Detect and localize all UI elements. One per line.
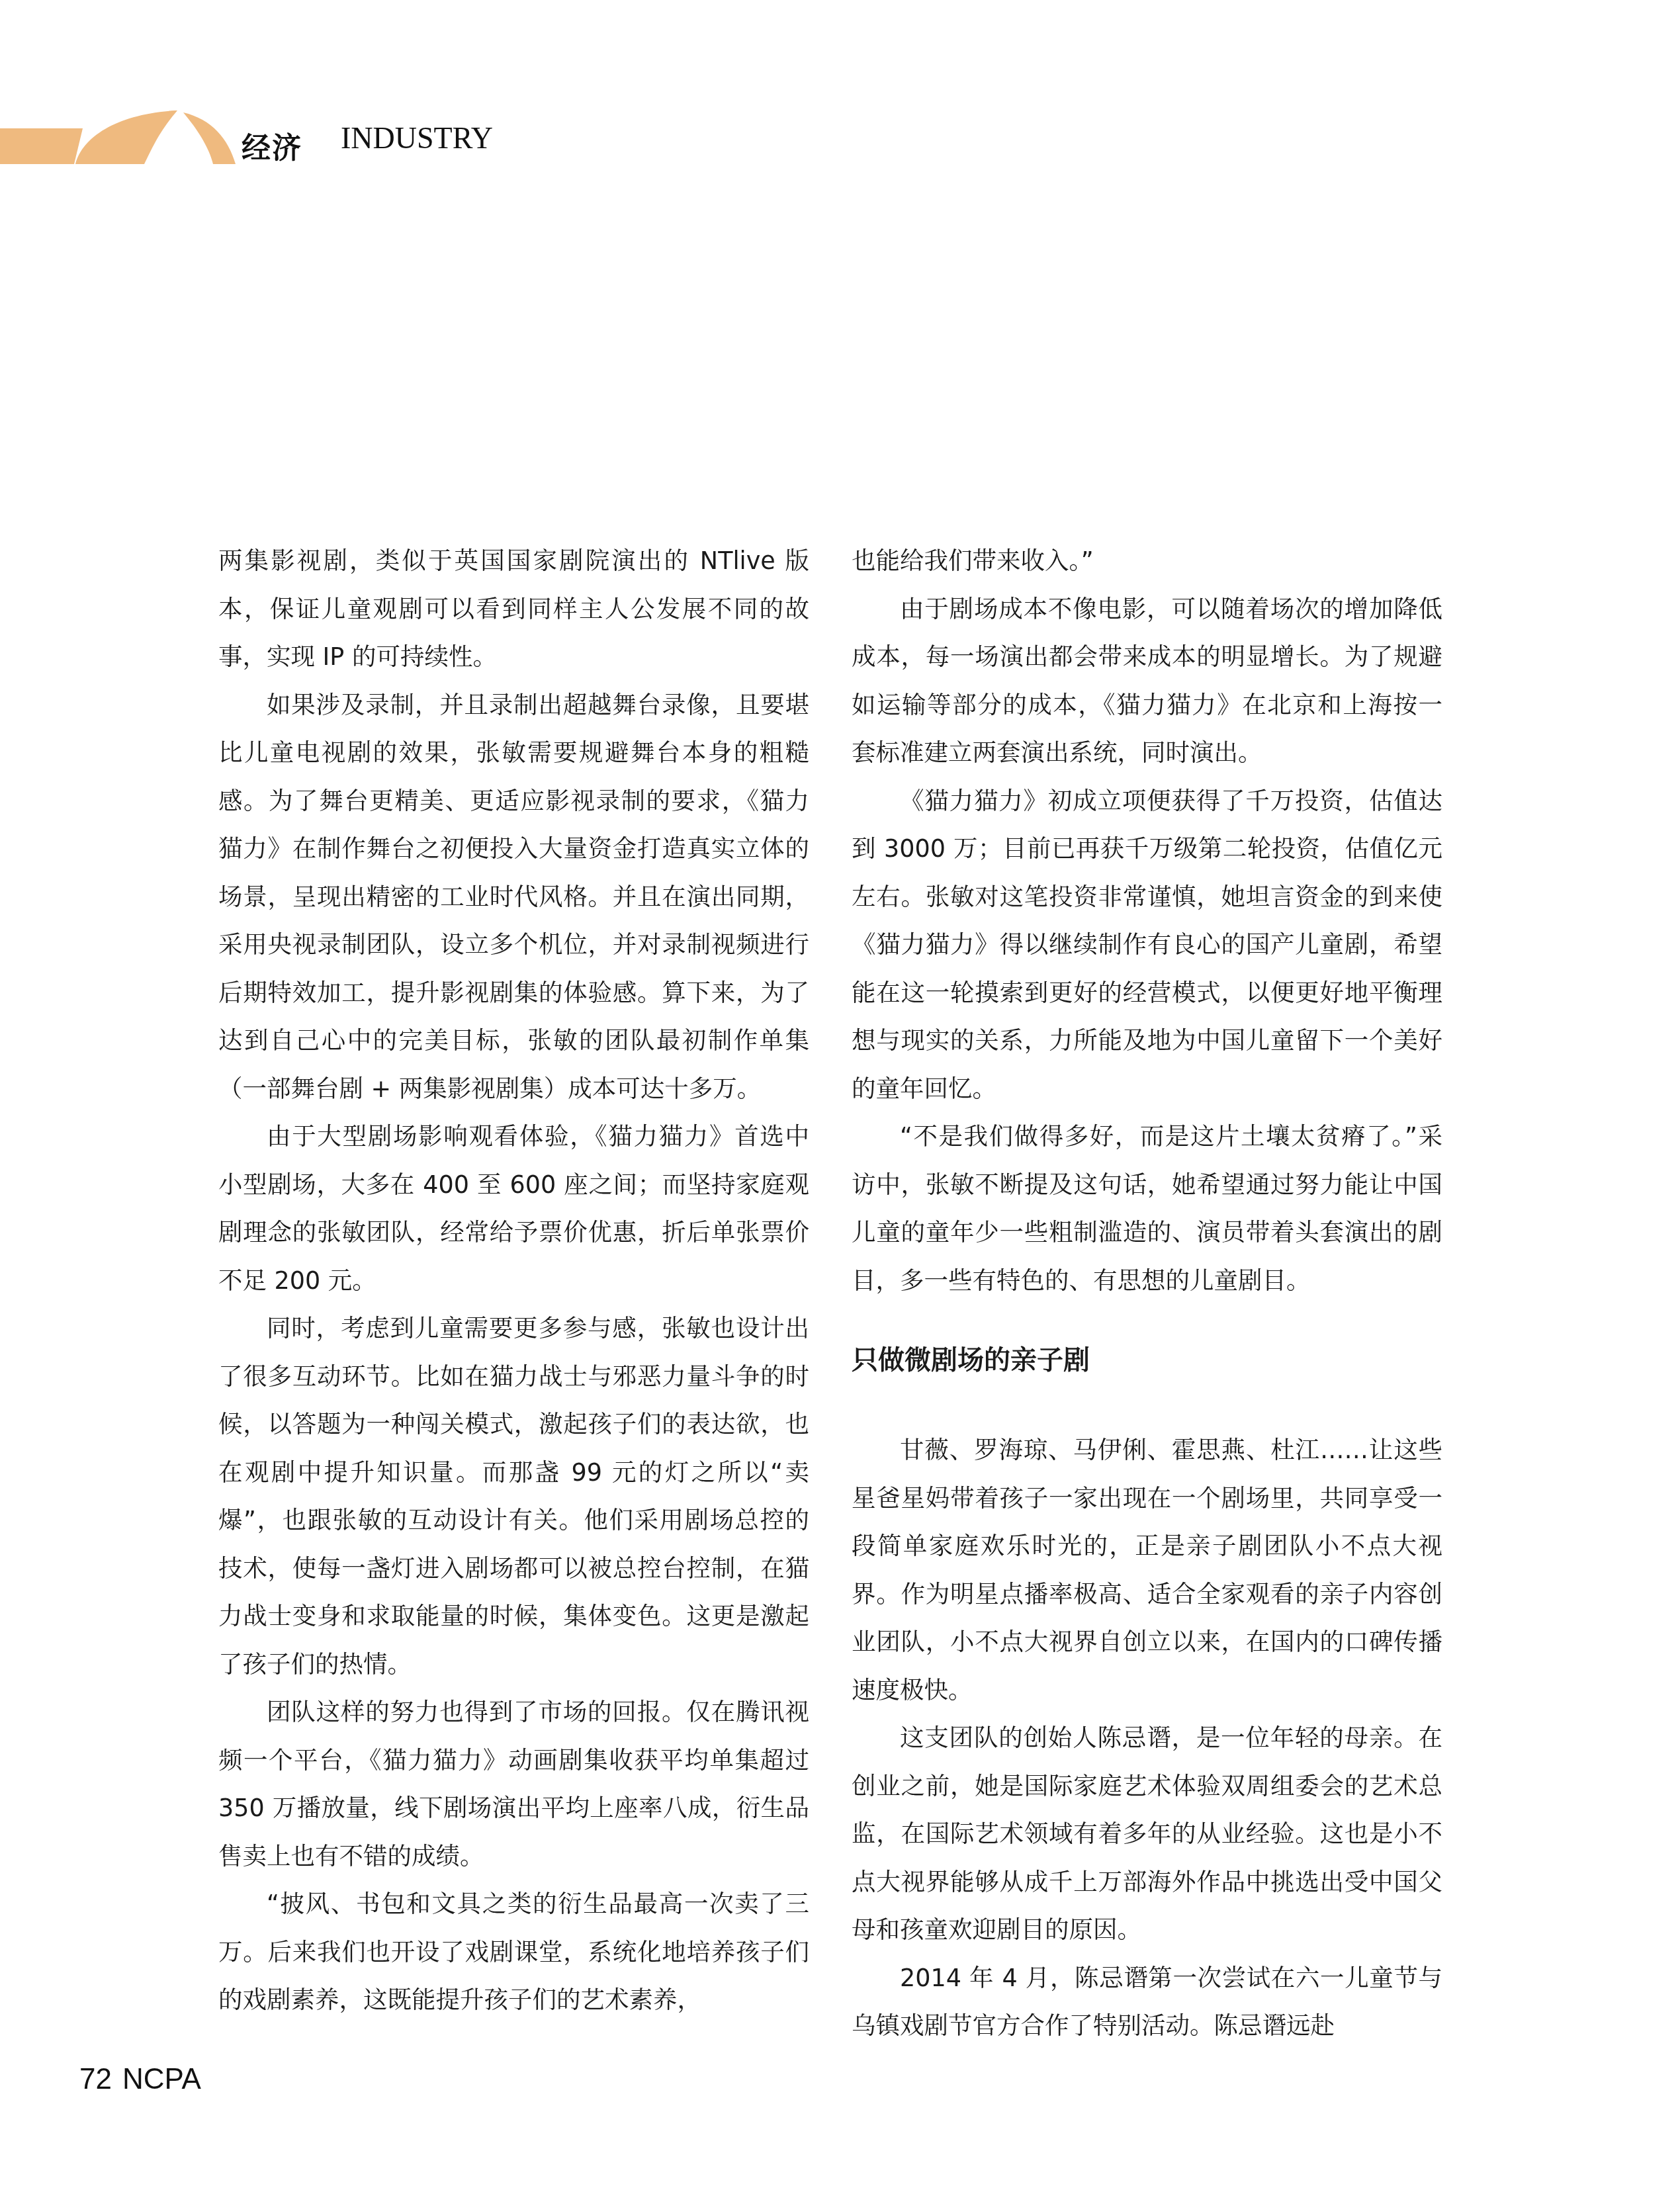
paragraph: 由于剧场成本不像电影，可以随着场次的增加降低成本，每一场演出都会带来成本的明显增… (852, 586, 1442, 777)
paragraph: 甘薇、罗海琼、马伊俐、霍思燕、杜江……让这些星爸星妈带着孩子一家出现在一个剧场里… (852, 1426, 1442, 1714)
section-title-en: INDUSTRY (341, 120, 493, 155)
paragraph: 同时，考虑到儿童需要更多参与感，张敏也设计出了很多互动环节。比如在猫力战士与邪恶… (218, 1305, 809, 1688)
right-column: 也能给我们带来收入。” 由于剧场成本不像电影，可以随着场次的增加降低成本，每一场… (852, 537, 1442, 2050)
section-title-cn: 经济 (242, 124, 302, 167)
paragraph: 两集影视剧，类似于英国国家剧院演出的 NTlive 版本，保证儿童观剧可以看到同… (218, 537, 809, 681)
paragraph: 也能给我们带来收入。” (852, 537, 1442, 586)
paragraph: 由于大型剧场影响观看体验，《猫力猫力》首选中小型剧场，大多在 400 至 600… (218, 1113, 809, 1305)
subsection-heading: 只做微剧场的亲子剧 (852, 1336, 1442, 1384)
paragraph: 这支团队的创始人陈忌谮，是一位年轻的母亲。在创业之前，她是国际家庭艺术体验双周组… (852, 1714, 1442, 1954)
publication-name: NCPA (122, 2063, 201, 2095)
paragraph: 如果涉及录制，并且录制出超越舞台录像，且要堪比儿童电视剧的效果，张敏需要规避舞台… (218, 681, 809, 1114)
paragraph: “不是我们做得多好，而是这片土壤太贫瘠了。”采访中，张敏不断提及这句话，她希望通… (852, 1113, 1442, 1305)
paragraph: “披风、书包和文具之类的衍生品最高一次卖了三万。后来我们也开设了戏剧课堂，系统化… (218, 1880, 809, 2025)
paragraph: 《猫力猫力》初成立项便获得了千万投资，估值达到 3000 万；目前已再获千万级第… (852, 777, 1442, 1114)
paragraph: 2014 年 4 月，陈忌谮第一次尝试在六一儿童节与乌镇戏剧节官方合作了特别活动… (852, 1954, 1442, 2050)
page-number: 72 (79, 2063, 112, 2095)
page-footer: 72NCPA (79, 2063, 212, 2096)
paragraph: 团队这样的努力也得到了市场的回报。仅在腾讯视频一个平台，《猫力猫力》动画剧集收获… (218, 1688, 809, 1880)
left-column: 两集影视剧，类似于英国国家剧院演出的 NTlive 版本，保证儿童观剧可以看到同… (218, 537, 809, 2025)
section-header: 经济 INDUSTRY (0, 99, 529, 172)
